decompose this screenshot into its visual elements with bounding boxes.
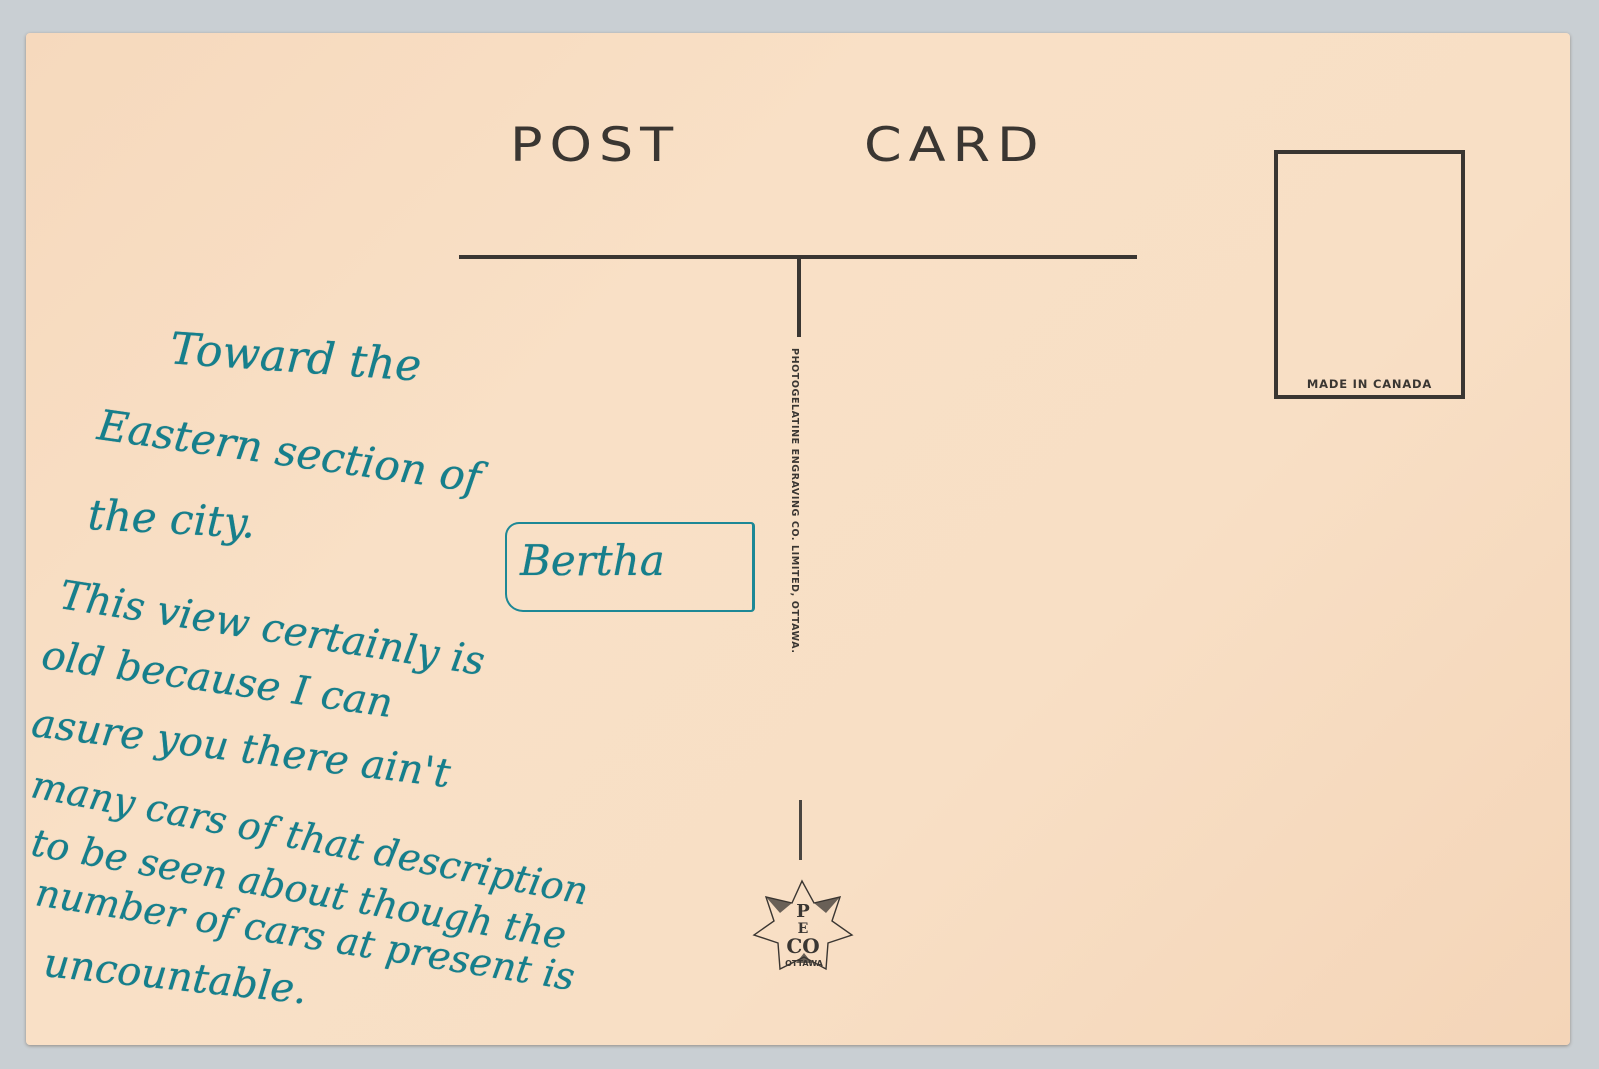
stamp-box: MADE IN CANADA <box>1274 150 1465 399</box>
address-divider-vertical <box>797 259 801 337</box>
logo-city: OTTAWA <box>785 959 824 968</box>
address-divider-vertical-lower <box>799 800 802 860</box>
peco-star-emblem-icon: P E CO OTTAWA <box>752 875 856 975</box>
made-in-canada-label: MADE IN CANADA <box>1278 377 1461 391</box>
signature: Bertha <box>520 536 665 585</box>
logo-letters-co: CO <box>786 934 819 958</box>
printer-credit: PHOTOGELATINE ENGRAVING CO. LIMITED, OTT… <box>789 348 800 654</box>
title-card: CARD <box>864 118 1046 173</box>
title-post: POST <box>510 118 680 173</box>
logo-letter-p: P <box>796 901 810 922</box>
handwriting-line: the city. <box>87 490 257 548</box>
